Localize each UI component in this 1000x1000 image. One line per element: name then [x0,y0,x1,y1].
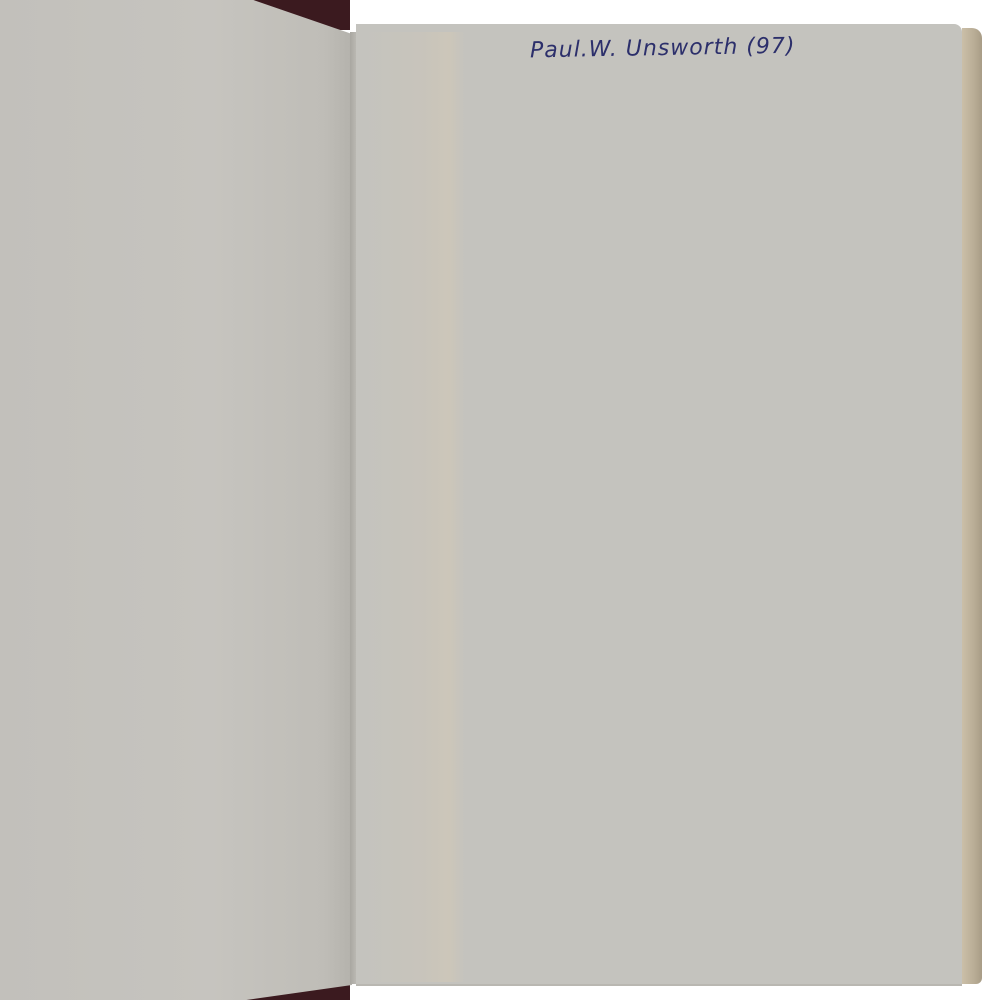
handwritten-inscription: Paul.W. Unsworth (97) [530,34,796,64]
hinge-discoloration [360,32,465,982]
page-block-edge [962,28,982,984]
left-endpaper [0,0,352,1000]
